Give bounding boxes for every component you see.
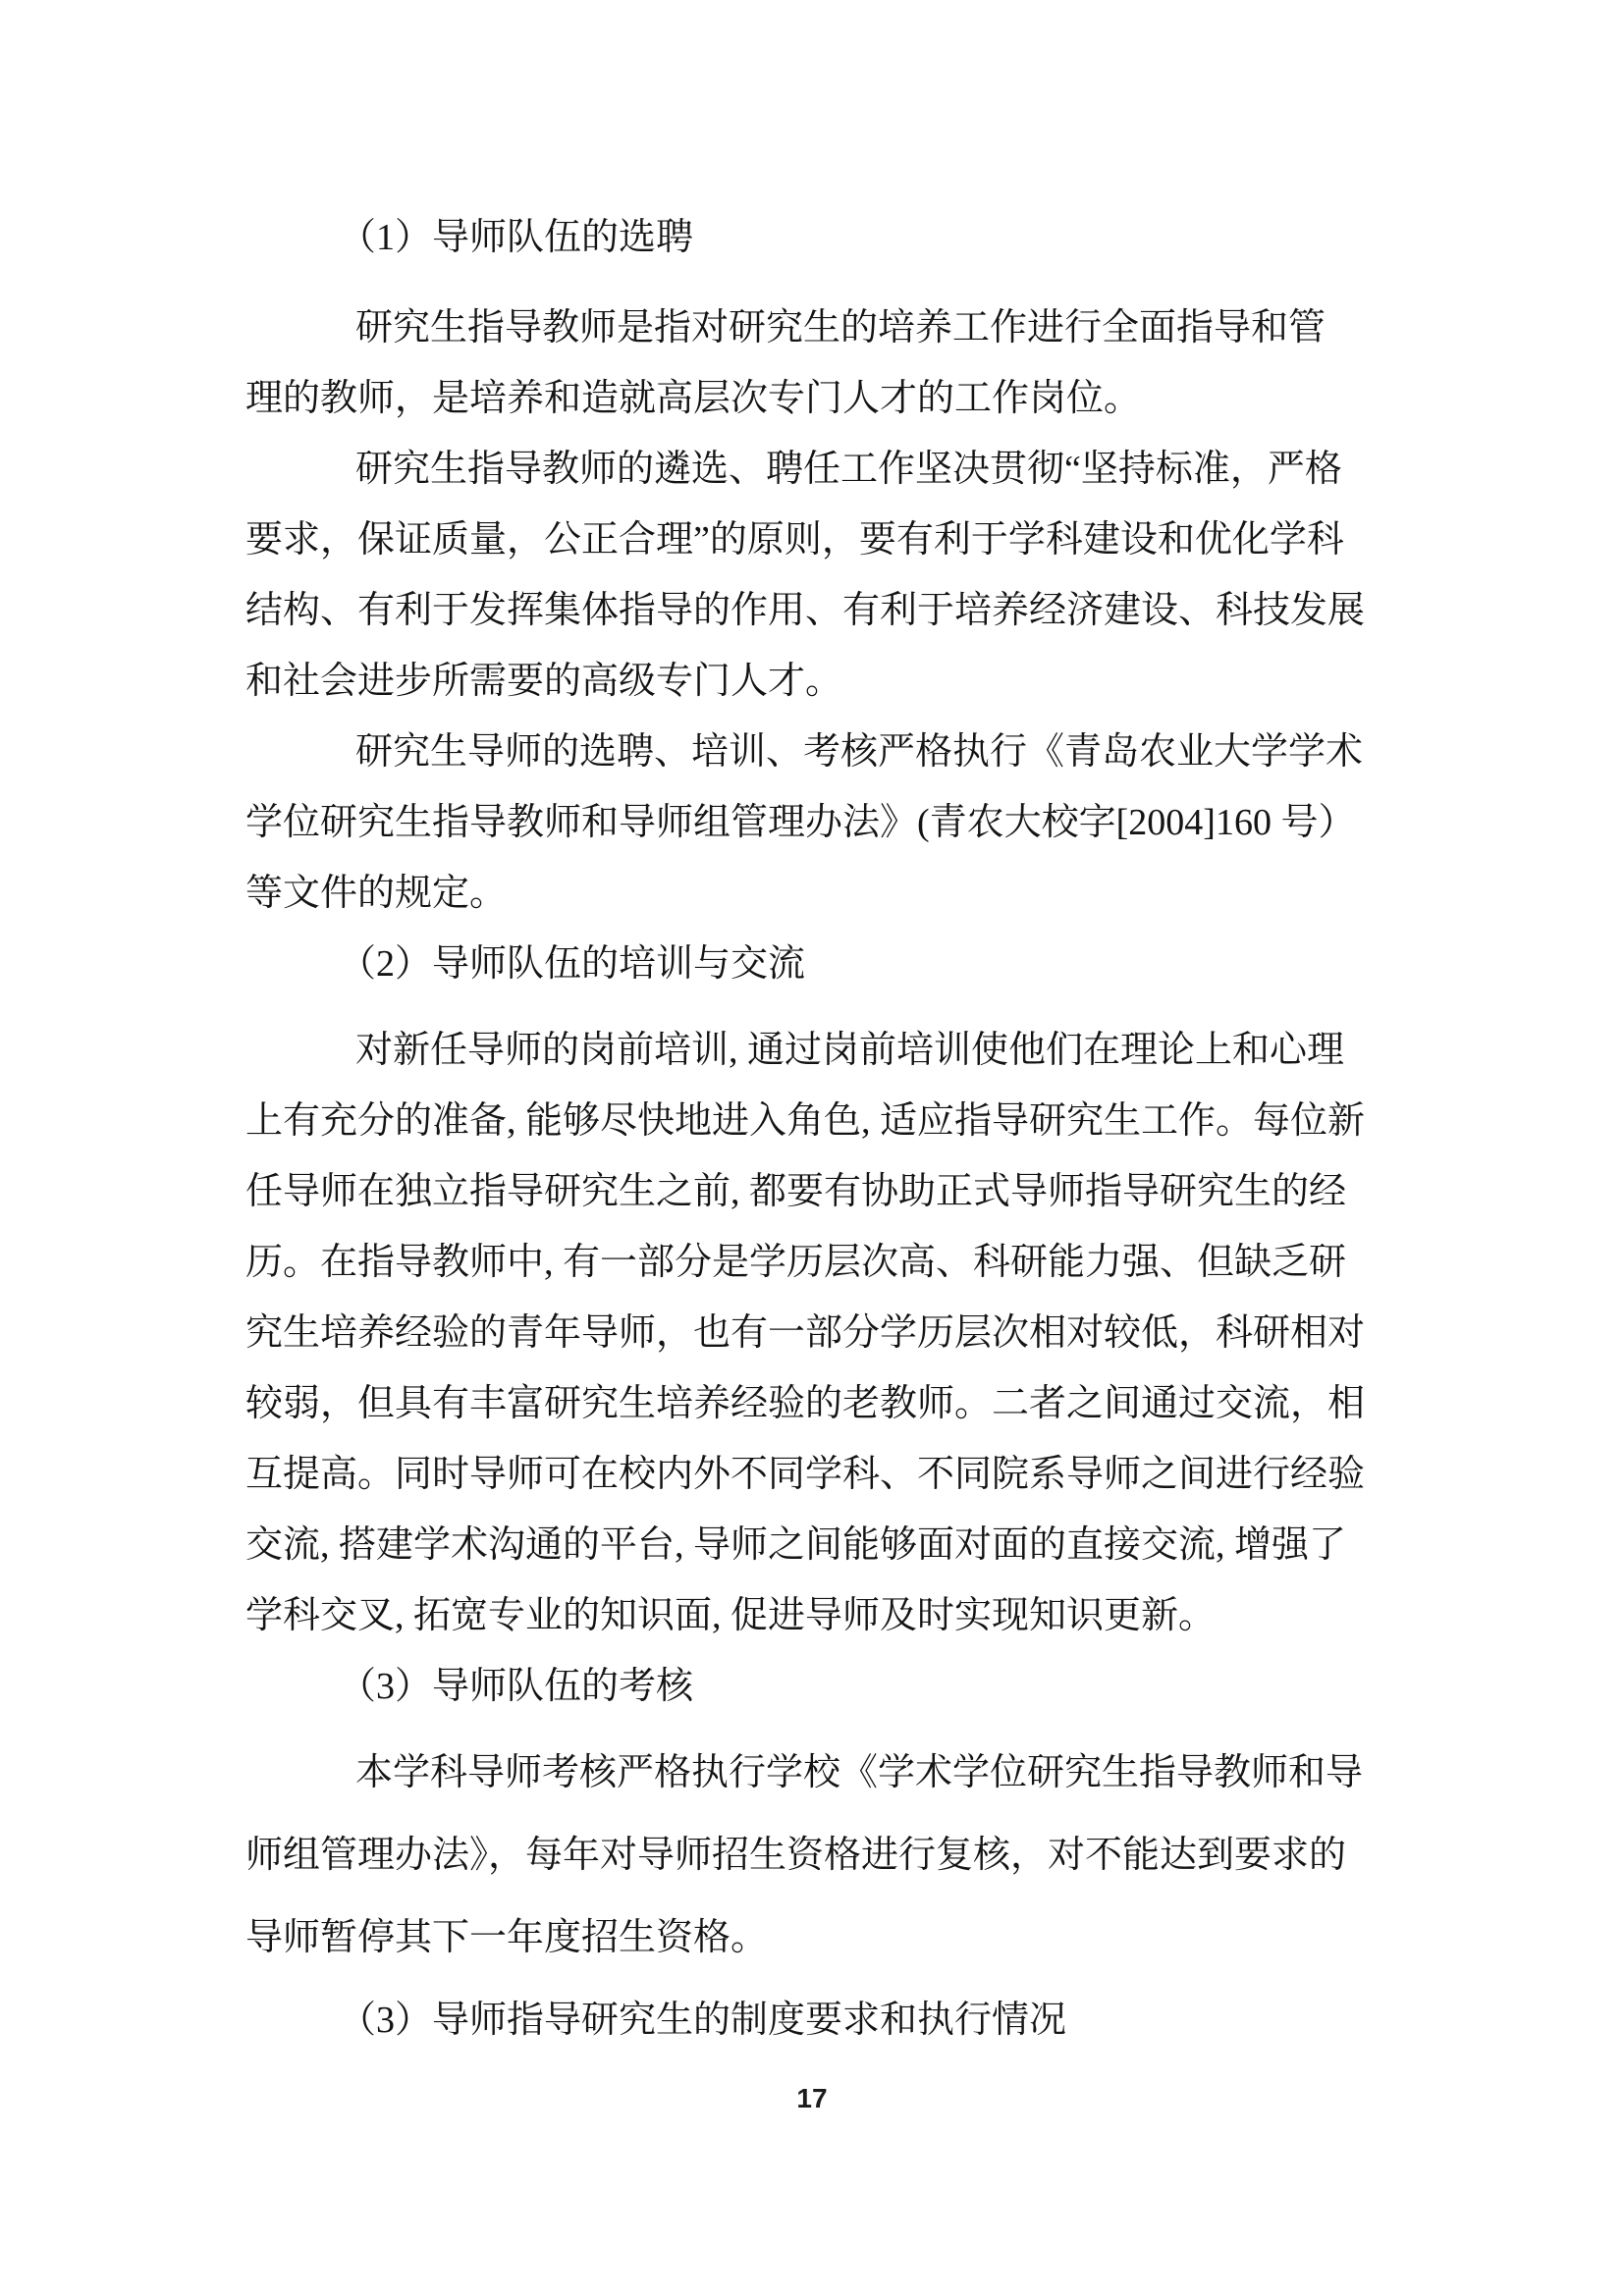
text-line: 较弱，但具有丰富研究生培养经验的老教师。二者之间通过交流，相 [245,1368,1375,1439]
text-line: 学位研究生指导教师和导师组管理办法》(青农大校字[2004]160 号） [245,787,1375,858]
document-page: （1）导师队伍的选聘 研究生指导教师是指对研究生的培养工作进行全面指导和管 理的… [0,0,1624,2296]
text-line: 互提高。同时导师可在校内外不同学科、不同院系导师之间进行经验 [245,1439,1375,1510]
text-line: 学科交叉, 拓宽专业的知识面, 促进导师及时实现知识更新。 [245,1580,1375,1651]
text-line: 究生培养经验的青年导师，也有一部分学历层次相对较低，科研相对 [245,1298,1375,1368]
section-heading-selection: （1）导师队伍的选聘 [245,202,1375,273]
section-heading-assessment: （3）导师队伍的考核 [245,1651,1375,1722]
section-heading-training: （2）导师队伍的培训与交流 [245,929,1375,999]
text-line: 上有充分的准备, 能够尽快地进入角色, 适应指导研究生工作。每位新 [245,1086,1375,1156]
paragraph-selection-principles: 研究生指导教师的遴选、聘任工作坚决贯彻“坚持标准，严格 要求，保证质量，公正合理… [245,434,1375,717]
text-line: 本学科导师考核严格执行学校《学术学位研究生指导教师和导 [245,1732,1375,1814]
paragraph-regulation-documents: 研究生导师的选聘、培训、考核严格执行《青岛农业大学学术 学位研究生指导教师和导师… [245,717,1375,929]
text-line: 研究生指导教师的遴选、聘任工作坚决贯彻“坚持标准，严格 [245,434,1375,505]
paragraph-advisor-definition: 研究生指导教师是指对研究生的培养工作进行全面指导和管 理的教师，是培养和造就高层… [245,293,1375,434]
text-line: 研究生导师的选聘、培训、考核严格执行《青岛农业大学学术 [245,717,1375,787]
paragraph-training-exchange: 对新任导师的岗前培训, 通过岗前培训使他们在理论上和心理 上有充分的准备, 能够… [245,1015,1375,1651]
text-line: 师组管理办法》，每年对导师招生资格进行复核，对不能达到要求的 [245,1814,1375,1896]
page-number: 17 [0,2083,1624,2114]
document-body: （1）导师队伍的选聘 研究生指导教师是指对研究生的培养工作进行全面指导和管 理的… [245,202,1375,2061]
text-line: 等文件的规定。 [245,858,1375,929]
text-line: 导师暂停其下一年度招生资格。 [245,1896,1375,1979]
section-assessment-wide-spacing: 本学科导师考核严格执行学校《学术学位研究生指导教师和导 师组管理办法》，每年对导… [245,1732,1375,2061]
text-line: 任导师在独立指导研究生之前, 都要有协助正式导师指导研究生的经 [245,1156,1375,1227]
section-heading-guidance-rules: （3）导师指导研究生的制度要求和执行情况 [245,1979,1375,2061]
text-line: 对新任导师的岗前培训, 通过岗前培训使他们在理论上和心理 [245,1015,1375,1086]
text-line: 历。在指导教师中, 有一部分是学历层次高、科研能力强、但缺乏研 [245,1227,1375,1298]
text-line: 和社会进步所需要的高级专门人才。 [245,646,1375,717]
text-line: 理的教师，是培养和造就高层次专门人才的工作岗位。 [245,363,1375,434]
text-line: 交流, 搭建学术沟通的平台, 导师之间能够面对面的直接交流, 增强了 [245,1510,1375,1580]
paragraph-assessment: 本学科导师考核严格执行学校《学术学位研究生指导教师和导 师组管理办法》，每年对导… [245,1732,1375,1979]
text-line: 研究生指导教师是指对研究生的培养工作进行全面指导和管 [245,293,1375,363]
text-line: 要求，保证质量，公正合理”的原则，要有利于学科建设和优化学科 [245,505,1375,575]
text-line: 结构、有利于发挥集体指导的作用、有利于培养经济建设、科技发展 [245,575,1375,646]
